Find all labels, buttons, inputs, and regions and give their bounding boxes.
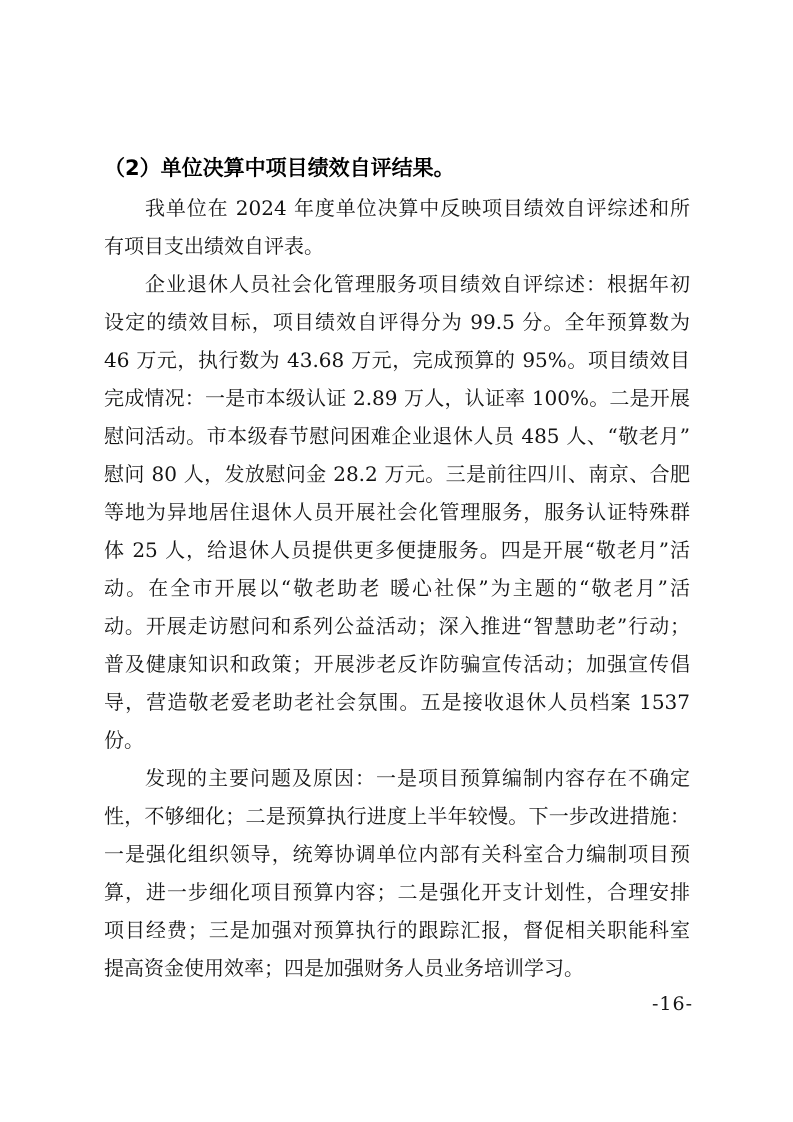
text-line: 项目经费；三是加强对预算执行的跟踪汇报，督促相关职能科室: [104, 911, 690, 949]
page-number: -16-: [652, 993, 693, 1015]
text-line: 算，进一步细化项目预算内容；二是强化开支计划性，合理安排: [104, 873, 690, 911]
text-line: 性，不够细化；二是预算执行进度上半年较慢。下一步改进措施：: [104, 797, 690, 835]
text-line: 动。在全市开展以“敬老助老 暖心社保”为主题的“敬老月”活: [104, 569, 690, 607]
text-line: 动。开展走访慰问和系列公益活动；深入推进“智慧助老”行动；: [104, 607, 690, 645]
text-line: 设定的绩效目标，项目绩效自评得分为 99.5 分。全年预算数为: [104, 303, 690, 341]
text-line: 体 25 人，给退休人员提供更多便捷服务。四是开展“敬老月”活: [104, 531, 690, 569]
text-line: 等地为异地居住退休人员开展社会化管理服务，服务认证特殊群: [104, 493, 690, 531]
text-line: 提高资金使用效率；四是加强财务人员业务培训学习。: [104, 949, 690, 987]
text-line: 慰问 80 人，发放慰问金 28.2 万元。三是前往四川、南京、合肥: [104, 455, 690, 493]
text-line: 慰问活动。市本级春节慰问困难企业退休人员 485 人、“敬老月”: [104, 417, 690, 455]
text-line: 46 万元，执行数为 43.68 万元，完成预算的 95%。项目绩效目标: [104, 341, 690, 379]
section-heading: （2）单位决算中项目绩效自评结果。: [104, 147, 690, 189]
text-line: 我单位在 2024 年度单位决算中反映项目绩效自评综述和所: [104, 189, 690, 227]
text-line: 有项目支出绩效自评表。: [104, 227, 690, 265]
text-line: 导，营造敬老爱老助老社会氛围。五是接收退休人员档案 1537: [104, 683, 690, 721]
text-line: 一是强化组织领导，统筹协调单位内部有关科室合力编制项目预: [104, 835, 690, 873]
document-page: （2）单位决算中项目绩效自评结果。 我单位在 2024 年度单位决算中反映项目绩…: [0, 0, 793, 1122]
text-line: 完成情况：一是市本级认证 2.89 万人，认证率 100%。二是开展: [104, 379, 690, 417]
text-line: 企业退休人员社会化管理服务项目绩效自评综述：根据年初: [104, 265, 690, 303]
text-line: 普及健康知识和政策；开展涉老反诈防骗宣传活动；加强宣传倡: [104, 645, 690, 683]
text-line: 发现的主要问题及原因：一是项目预算编制内容存在不确定: [104, 759, 690, 797]
document-content: （2）单位决算中项目绩效自评结果。 我单位在 2024 年度单位决算中反映项目绩…: [104, 147, 690, 987]
text-line: 份。: [104, 721, 690, 759]
